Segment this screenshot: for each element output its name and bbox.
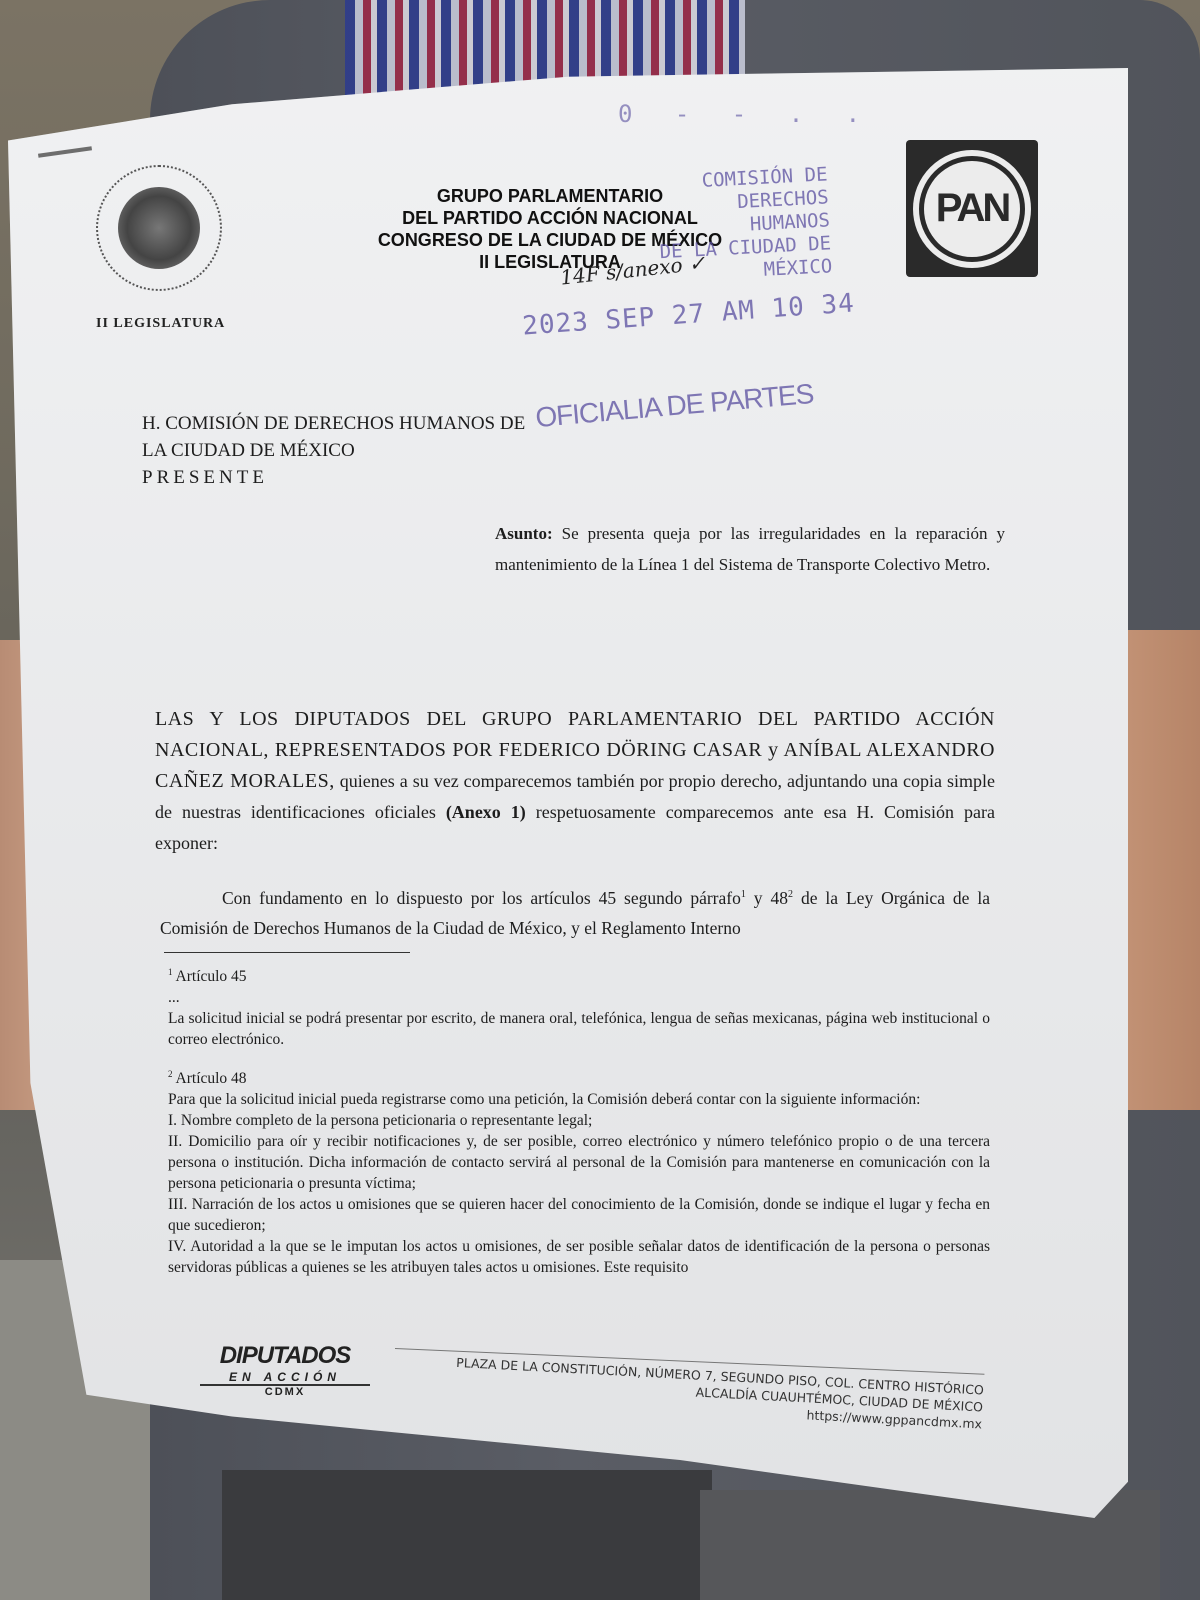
subject-label: Asunto: [495, 524, 553, 543]
footnote-ref: 2 [788, 889, 793, 900]
footnote-2: 2 Artículo 48 Para que la solicitud inic… [168, 1064, 990, 1278]
stamp-folio-number: 0 - - . . [618, 100, 874, 128]
footer-logo-sub: EN ACCIÓN [200, 1370, 370, 1386]
congress-seal-icon [96, 165, 222, 291]
pan-logo-icon: PAN [906, 140, 1038, 277]
intro-paragraph: LAS Y LOS DIPUTADOS DEL GRUPO PARLAMENTA… [155, 704, 995, 859]
footnote-line: La solicitud inicial se podrá presentar … [168, 1008, 990, 1050]
footnote-number: 1 [168, 967, 173, 977]
subject-block: Asunto: Se presenta queja por las irregu… [495, 518, 1005, 580]
footnotes: 1 Artículo 45 ... La solicitud inicial s… [168, 962, 990, 1292]
eagle-emblem-icon [118, 187, 200, 269]
recipient-block: H. COMISIÓN DE DERECHOS HUMANOS DE LA CI… [142, 410, 525, 491]
footnote-divider [164, 952, 410, 953]
footnote-title: Artículo 48 [176, 1070, 247, 1087]
intro-annex: (Anexo 1) [446, 802, 526, 822]
footnote-line: Para que la solicitud inicial pueda regi… [168, 1089, 990, 1110]
footnote-line: I. Nombre completo de la persona peticio… [168, 1110, 990, 1131]
recipient-line: LA CIUDAD DE MÉXICO [142, 437, 525, 464]
footnote-title: Artículo 45 [176, 968, 247, 985]
person-pants [222, 1470, 712, 1600]
footnote-1: 1 Artículo 45 ... La solicitud inicial s… [168, 962, 990, 1050]
footnote-number: 2 [168, 1069, 173, 1079]
subject-text: Se presenta queja por las irregularidade… [495, 524, 1005, 574]
seal-legislatura-label: II LEGISLATURA [96, 316, 225, 332]
legal-basis-paragraph: Con fundamento en lo dispuesto por los a… [160, 880, 990, 943]
diputados-en-accion-logo: DIPUTADOS EN ACCIÓN CDMX [200, 1342, 370, 1398]
legal-basis-text: y 48 [754, 888, 788, 908]
recipient-line: H. COMISIÓN DE DERECHOS HUMANOS DE [142, 410, 525, 437]
footnote-line: IV. Autoridad a la que se le imputan los… [168, 1236, 990, 1278]
pan-logo-ring: PAN [913, 150, 1031, 268]
footer-logo-brand: DIPUTADOS [200, 1342, 370, 1370]
footnote-line: ... [168, 987, 990, 1008]
recipient-presente: PRESENTE [142, 464, 525, 491]
legal-basis-text: Con fundamento en lo dispuesto por los a… [222, 888, 741, 908]
footnote-ref: 1 [741, 889, 746, 900]
pan-logo-text: PAN [924, 161, 1020, 257]
footer-logo-region: CDMX [200, 1386, 370, 1398]
footnote-line: II. Domicilio para oír y recibir notific… [168, 1131, 990, 1194]
footnote-line: III. Narración de los actos u omisiones … [168, 1194, 990, 1236]
